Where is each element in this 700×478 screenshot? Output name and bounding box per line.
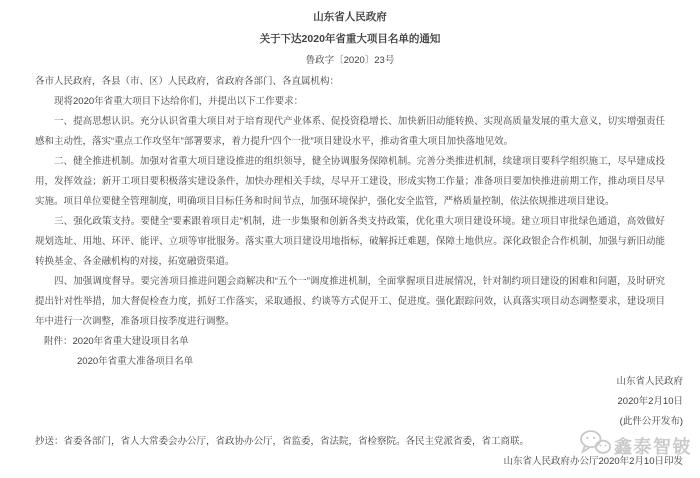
attachment-item-2: 2020年省重大准备项目名单 [35, 352, 665, 372]
print-issue-line: 山东省人民政府办公厅2020年2月10日印发 [0, 452, 700, 472]
issuing-org-title: 山东省人民政府 [0, 6, 700, 28]
public-release-note: (此件公开发布) [0, 412, 700, 432]
document-closing: 山东省人民政府 2020年2月10日 (此件公开发布) 抄送：省委各部门，省人大… [0, 372, 700, 472]
attachment-item-1: 2020年省重大建设项目名单 [73, 336, 189, 347]
document-number: 鲁政字〔2020〕23号 [0, 50, 700, 72]
paragraph-1: 一、提高思想认识。充分认识省重大项目对于培育现代产业体系、促投资稳增长、加快新旧… [35, 112, 665, 152]
notice-title: 关于下达2020年省重大项目名单的通知 [0, 28, 700, 50]
signature-org: 山东省人民政府 [0, 372, 700, 392]
document-header: 山东省人民政府 关于下达2020年省重大项目名单的通知 鲁政字〔2020〕23号 [0, 0, 700, 72]
attachment-label: 附件： [44, 336, 73, 347]
paragraph-4: 四、加强调度督导。要完善项目推进问题会商解决和“五个一”调度推进机制，全面掌握项… [35, 272, 665, 332]
cc-line: 抄送：省委各部门，省人大常委会办公厅，省政协办公厅，省监委，省法院，省检察院。各… [0, 432, 700, 452]
paragraph-3: 三、强化政策支持。要健全“要素跟着项目走”机制，进一步集聚和创新各类支持政策，优… [35, 212, 665, 272]
intro-paragraph: 现将2020年省重大项目下达给你们，并提出以下工作要求： [35, 92, 665, 112]
salutation-line: 各市人民政府，各县（市、区）人民政府，省政府各部门、各直属机构： [35, 72, 665, 92]
document-body: 各市人民政府，各县（市、区）人民政府，省政府各部门、各直属机构： 现将2020年… [0, 72, 700, 372]
paragraph-2: 二、健全推进机制。加强对省重大项目建设推进的组织领导，健全协调服务保障机制。完善… [35, 152, 665, 212]
signature-date: 2020年2月10日 [0, 392, 700, 412]
document-page: 山东省人民政府 关于下达2020年省重大项目名单的通知 鲁政字〔2020〕23号… [0, 0, 700, 478]
attachment-line-1: 附件：2020年省重大建设项目名单 [35, 332, 665, 352]
